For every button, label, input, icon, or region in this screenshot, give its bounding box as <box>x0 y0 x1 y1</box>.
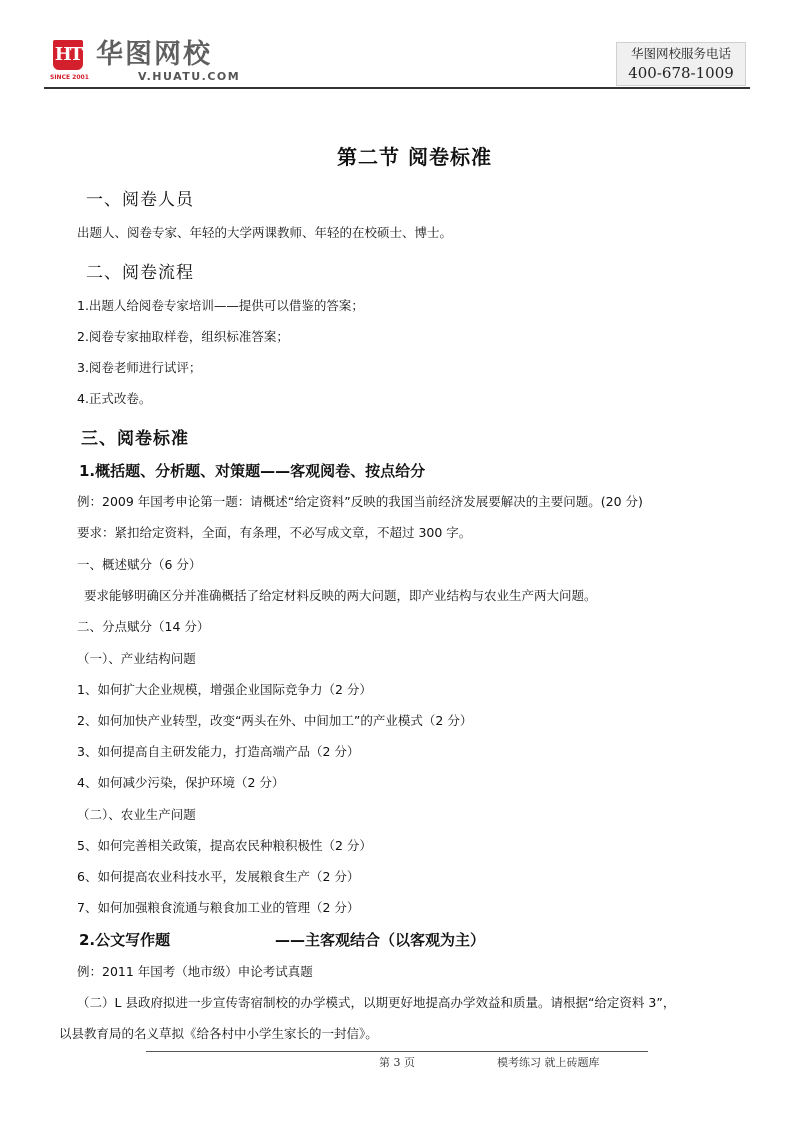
process-step: 1.出题人给阅卷专家培训——提供可以借鉴的答案； <box>77 296 364 314</box>
hotline-number: 400-678-1009 <box>617 63 745 83</box>
process-step: 4.正式改卷。 <box>77 389 151 407</box>
process-step: 3.阅卷老师进行试评； <box>77 358 201 376</box>
group-heading-1: （一）、产业结构问题 <box>77 649 196 667</box>
footer-slogan: 模考练习 就上砖题库 <box>497 1054 600 1070</box>
section1-text: 出题人、阅卷专家、年轻的大学两课教师、年轻的在校硕士、博士。 <box>77 223 452 241</box>
page-number: 第 3 页 <box>379 1054 415 1070</box>
point-item: 1、如何扩大企业规模，增强企业国际竞争力（2 分） <box>77 680 372 698</box>
question-line-1: （二）L 县政府拟进一步宣传寄宿制校的办学模式，以期更好地提高办学效益和质量。请… <box>77 993 675 1011</box>
overview-text: 要求能够明确区分并准确概括了给定材料反映的两大问题，即产业结构与农业生产两大问题… <box>84 586 597 604</box>
point-item: 7、如何加强粮食流通与粮食加工业的管理（2 分） <box>77 898 359 916</box>
question-line-2: 以县教育局的名义草拟《给各村中小学生家长的一封信》。 <box>59 1024 378 1042</box>
logo-url: V.HUATU.COM <box>138 70 240 83</box>
subsection-heading-1: 1.概括题、分析题、对策题——客观阅卷、按点给分 <box>79 460 425 481</box>
logo-name: 华图网校 <box>96 40 212 70</box>
point-item: 3、如何提高自主研发能力，打造高端产品（2 分） <box>77 742 359 760</box>
hotline-box: 华图网校服务电话 400-678-1009 <box>616 42 746 86</box>
point-item: 6、如何提高农业科技水平，发展粮食生产（2 分） <box>77 867 359 885</box>
process-step: 2.阅卷专家抽取样卷，组织标准答案； <box>77 327 289 345</box>
logo-mark: HT <box>53 42 83 68</box>
section-heading-2: 二、阅卷流程 <box>86 258 194 283</box>
requirement-text: 要求：紧扣给定资料，全面，有条理，不必写成文章，不超过 300 字。 <box>77 523 471 541</box>
section-heading-1: 一、阅卷人员 <box>86 185 194 210</box>
logo-since: SINCE 2001 <box>50 74 90 81</box>
subsection-heading-2-right: ——主客观结合（以客观为主） <box>275 929 485 950</box>
example-text-2: 例：2011 年国考（地市级）申论考试真题 <box>77 962 313 980</box>
subsection-heading-2-left: 2.公文写作题 <box>79 929 170 950</box>
hotline-label: 华图网校服务电话 <box>617 45 745 63</box>
huatu-logo-icon: HT <box>53 40 83 70</box>
example-text: 例：2009 年国考申论第一题：请概述“给定资料”反映的我国当前经济发展要解决的… <box>77 492 643 510</box>
overview-heading: 一、概述赋分（6 分） <box>77 555 201 573</box>
points-heading: 二、分点赋分（14 分） <box>77 617 209 635</box>
footer-divider <box>146 1051 648 1052</box>
point-item: 2、如何加快产业转型，改变“两头在外、中间加工”的产业模式（2 分） <box>77 711 472 729</box>
point-item: 4、如何减少污染，保护环境（2 分） <box>77 773 284 791</box>
group-heading-2: （二）、农业生产问题 <box>77 805 196 823</box>
header-divider <box>44 87 750 89</box>
page-title: 第二节 阅卷标准 <box>337 141 492 170</box>
section-heading-3: 三、阅卷标准 <box>81 424 189 449</box>
point-item: 5、如何完善相关政策，提高农民种粮积极性（2 分） <box>77 836 372 854</box>
